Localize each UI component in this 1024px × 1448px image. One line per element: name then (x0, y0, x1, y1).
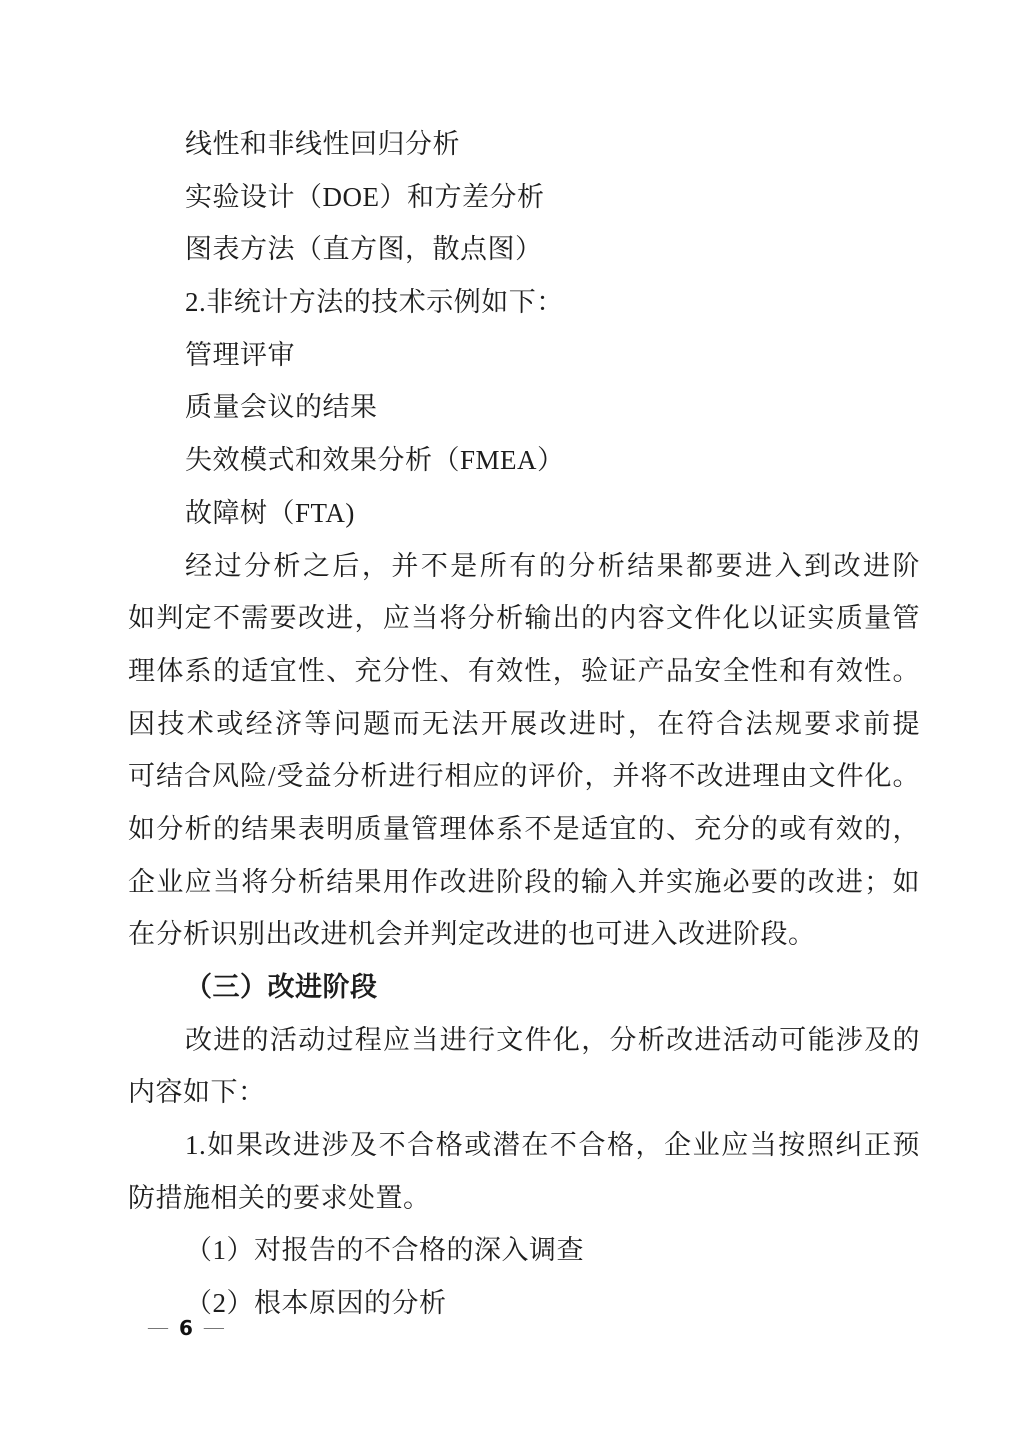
text-line: （1）对报告的不合格的深入调查 (128, 1224, 920, 1277)
text-line: 防措施相关的要求处置。 (128, 1172, 920, 1225)
text-line: 线性和非线性回归分析 (128, 118, 920, 171)
text-line: 内容如下： (128, 1066, 920, 1119)
page-number: 6 (168, 1316, 204, 1340)
text-line: 如判定不需要改进，应当将分析输出的内容文件化以证实质量管 (128, 592, 920, 645)
text-line: 改进的活动过程应当进行文件化，分析改进活动可能涉及的 (128, 1014, 920, 1067)
text-line: 质量会议的结果 (128, 381, 920, 434)
text-line: 故障树（FTA) (128, 487, 920, 540)
document-page: 线性和非线性回归分析实验设计（DOE）和方差分析图表方法（直方图，散点图）2.非… (0, 0, 1024, 1448)
text-block: 线性和非线性回归分析实验设计（DOE）和方差分析图表方法（直方图，散点图）2.非… (128, 118, 920, 1330)
text-line: 失效模式和效果分析（FMEA） (128, 434, 920, 487)
text-line: 可结合风险/受益分析进行相应的评价，并将不改进理由文件化。 (128, 750, 920, 803)
text-line: 理体系的适宜性、充分性、有效性，验证产品安全性和有效性。 (128, 645, 920, 698)
text-line: 2.非统计方法的技术示例如下： (128, 276, 920, 329)
footer-dash-right: — (204, 1316, 224, 1338)
text-line: 1.如果改进涉及不合格或潜在不合格，企业应当按照纠正预 (128, 1119, 920, 1172)
page-footer: —6— (148, 1314, 224, 1343)
text-line: 图表方法（直方图，散点图） (128, 223, 920, 276)
text-line: 经过分析之后，并不是所有的分析结果都要进入到改进阶段， (128, 540, 920, 593)
text-line: （三）改进阶段 (128, 961, 920, 1014)
text-line: 管理评审 (128, 329, 920, 382)
text-line: 因技术或经济等问题而无法开展改进时，在符合法规要求前提下， (128, 698, 920, 751)
footer-dash-left: — (148, 1316, 168, 1338)
text-line: （2）根本原因的分析 (128, 1277, 920, 1330)
text-line: 如分析的结果表明质量管理体系不是适宜的、充分的或有效的， (128, 803, 920, 856)
text-line: 实验设计（DOE）和方差分析 (128, 171, 920, 224)
text-line: 企业应当将分析结果用作改进阶段的输入并实施必要的改进；如 (128, 856, 920, 909)
text-line: 在分析识别出改进机会并判定改进的也可进入改进阶段。 (128, 908, 920, 961)
